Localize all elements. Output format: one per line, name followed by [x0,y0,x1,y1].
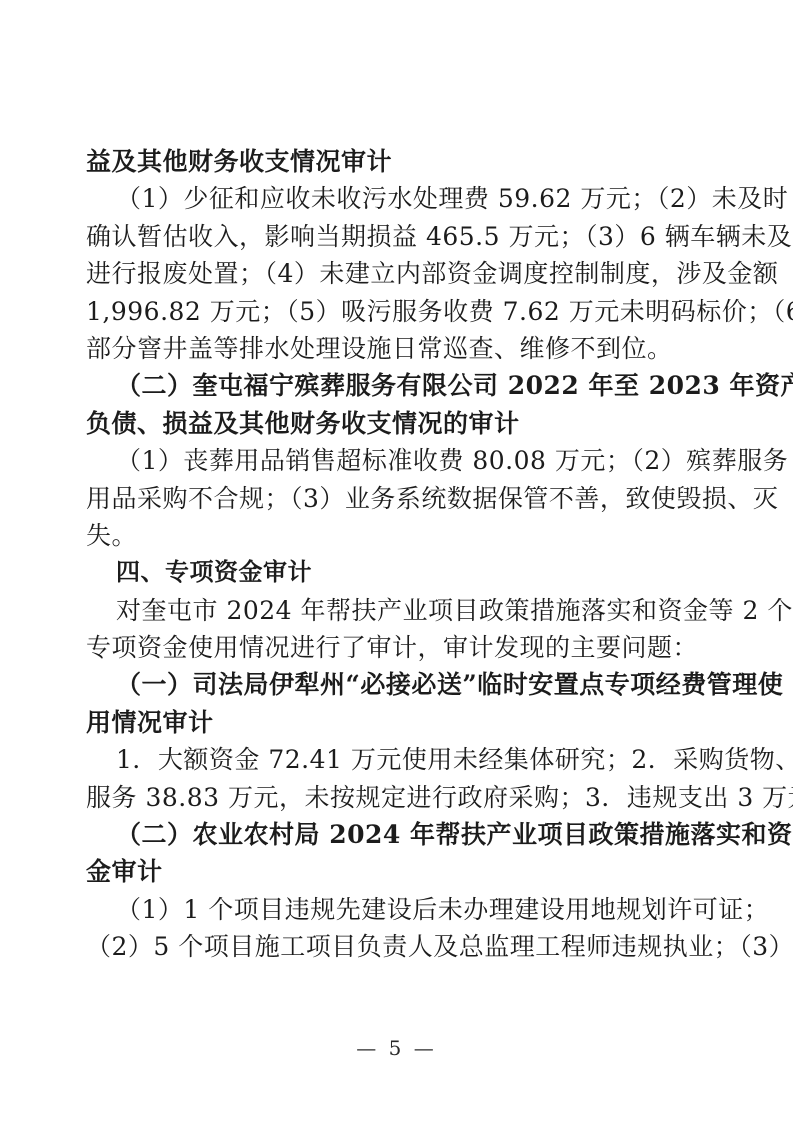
text-line: 1,996.82 万元；（5）吸污服务收费 7.62 万元未明码标价；（6） [86,293,710,330]
text-line: 部分窨井盖等排水处理设施日常巡查、维修不到位。 [86,330,710,367]
text-line: 对奎屯市 2024 年帮扶产业项目政策措施落实和资金等 2 个 [86,592,710,629]
text-line: （1）少征和应收未收污水处理费 59.62 万元；（2）未及时 [86,180,710,217]
subsection-heading: （一）司法局伊犁州“必接必送”临时安置点专项经费管理使 [86,666,710,703]
section-heading: 四、专项资金审计 [86,554,710,591]
subsection-heading: 金审计 [86,853,710,890]
text-line: 专项资金使用情况进行了审计，审计发现的主要问题： [86,629,710,666]
subsection-heading: 用情况审计 [86,704,710,741]
subsection-heading: （二）奎屯福宁殡葬服务有限公司 2022 年至 2023 年资产、 [86,367,710,404]
subsection-heading: （二）农业农村局 2024 年帮扶产业项目政策措施落实和资 [86,816,710,853]
document-page: 益及其他财务收支情况审计 （1）少征和应收未收污水处理费 59.62 万元；（2… [0,0,793,1122]
text-line: （1）1 个项目违规先建设后未办理建设用地规划许可证； [86,891,710,928]
text-line: 用品采购不合规；（3）业务系统数据保管不善，致使毁损、灭 [86,480,710,517]
subsection-heading: 负债、损益及其他财务收支情况的审计 [86,405,710,442]
text-line: （1）丧葬用品销售超标准收费 80.08 万元；（2）殡葬服务 [86,442,710,479]
page-number: — 5 — [0,1036,793,1060]
text-line: 失。 [86,517,710,554]
text-line: 服务 38.83 万元，未按规定进行政府采购；3．违规支出 3 万元。 [86,779,710,816]
text-line: 进行报废处置；（4）未建立内部资金调度控制制度，涉及金额 [86,255,710,292]
text-line: （2）5 个项目施工项目负责人及总监理工程师违规执业；（3） [86,928,710,965]
text-line: 1．大额资金 72.41 万元使用未经集体研究；2．采购货物、 [86,741,710,778]
text-line: 确认暂估收入，影响当期损益 465.5 万元；（3）6 辆车辆未及时 [86,218,710,255]
document-text-block: 益及其他财务收支情况审计 （1）少征和应收未收污水处理费 59.62 万元；（2… [86,143,710,966]
text-line: 益及其他财务收支情况审计 [86,143,710,180]
